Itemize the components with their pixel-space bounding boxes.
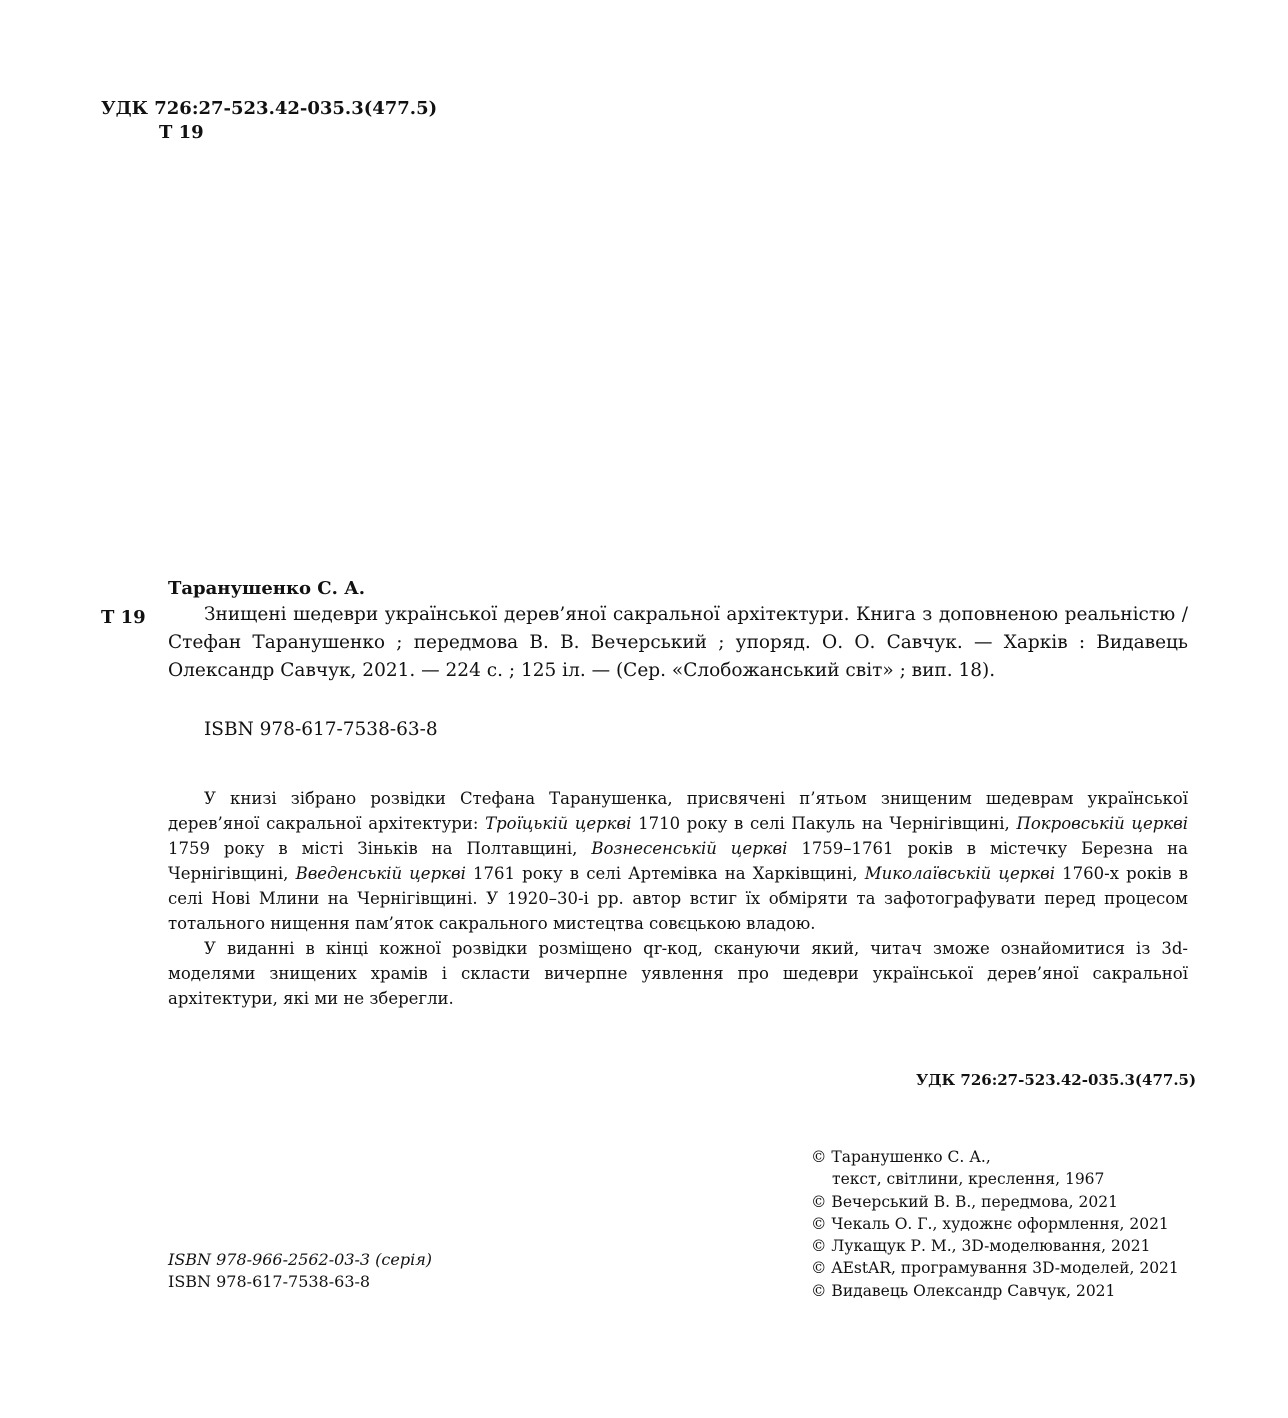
- author-sign-side: Т 19: [101, 606, 146, 630]
- author-sign-code: Т 19: [101, 121, 437, 145]
- copyright-line: © Вечерський В. В., передмова, 2021: [811, 1191, 1179, 1213]
- church-name: Миколаївській церкві: [865, 864, 1055, 883]
- bibliographic-description: Знищені шедеври української дерев’яної с…: [168, 601, 1188, 685]
- church-name: Введенській церкві: [296, 864, 466, 883]
- isbn-series: ISBN 978-966-2562-03-3 (серія): [168, 1249, 432, 1271]
- copyright-line: © Таранушенко С. А.,: [811, 1146, 1179, 1168]
- church-name: Вознесенській церкві: [591, 839, 787, 858]
- udk-code: УДК 726:27-523.42-035.3(477.5): [101, 97, 437, 121]
- udk-header: УДК 726:27-523.42-035.3(477.5) Т 19: [101, 97, 437, 145]
- annotation: У книзі зібрано розвідки Стефана Тарануш…: [168, 786, 1188, 1011]
- text: 1759 року в місті Зіньків на Полтавщині,: [168, 839, 591, 858]
- church-name: Покровській церкві: [1016, 814, 1188, 833]
- copyright-line: © Лукащук Р. М., 3D-моделювання, 2021: [811, 1235, 1179, 1257]
- annotation-paragraph-2: У виданні в кінці кожної розвідки розміщ…: [168, 936, 1188, 1011]
- isbn-block: ISBN 978-966-2562-03-3 (серія) ISBN 978-…: [168, 1249, 432, 1293]
- copyright-line: © AEstAR, програмування 3D-моделей, 2021: [811, 1257, 1179, 1279]
- copyright-list: © Таранушенко С. А., текст, світлини, кр…: [811, 1146, 1179, 1302]
- copyright-line: текст, світлини, креслення, 1967: [811, 1168, 1179, 1190]
- bibliographic-isbn: ISBN 978-617-7538-63-8: [204, 717, 438, 743]
- church-name: Троїцькій церкві: [485, 814, 631, 833]
- text: 1761 року в селі Артемівка на Харківщині…: [466, 864, 865, 883]
- annotation-paragraph-1: У книзі зібрано розвідки Стефана Тарануш…: [168, 786, 1188, 936]
- copyright-line: © Чекаль О. Г., художнє оформлення, 2021: [811, 1213, 1179, 1235]
- copyright-line: © Видавець Олександр Савчук, 2021: [811, 1280, 1179, 1302]
- udk-footer: УДК 726:27-523.42-035.3(477.5): [916, 1069, 1196, 1091]
- isbn-book: ISBN 978-617-7538-63-8: [168, 1271, 432, 1293]
- text: 1710 року в селі Пакуль на Чернігівщині,: [631, 814, 1016, 833]
- author-heading: Таранушенко С. А.: [168, 577, 365, 601]
